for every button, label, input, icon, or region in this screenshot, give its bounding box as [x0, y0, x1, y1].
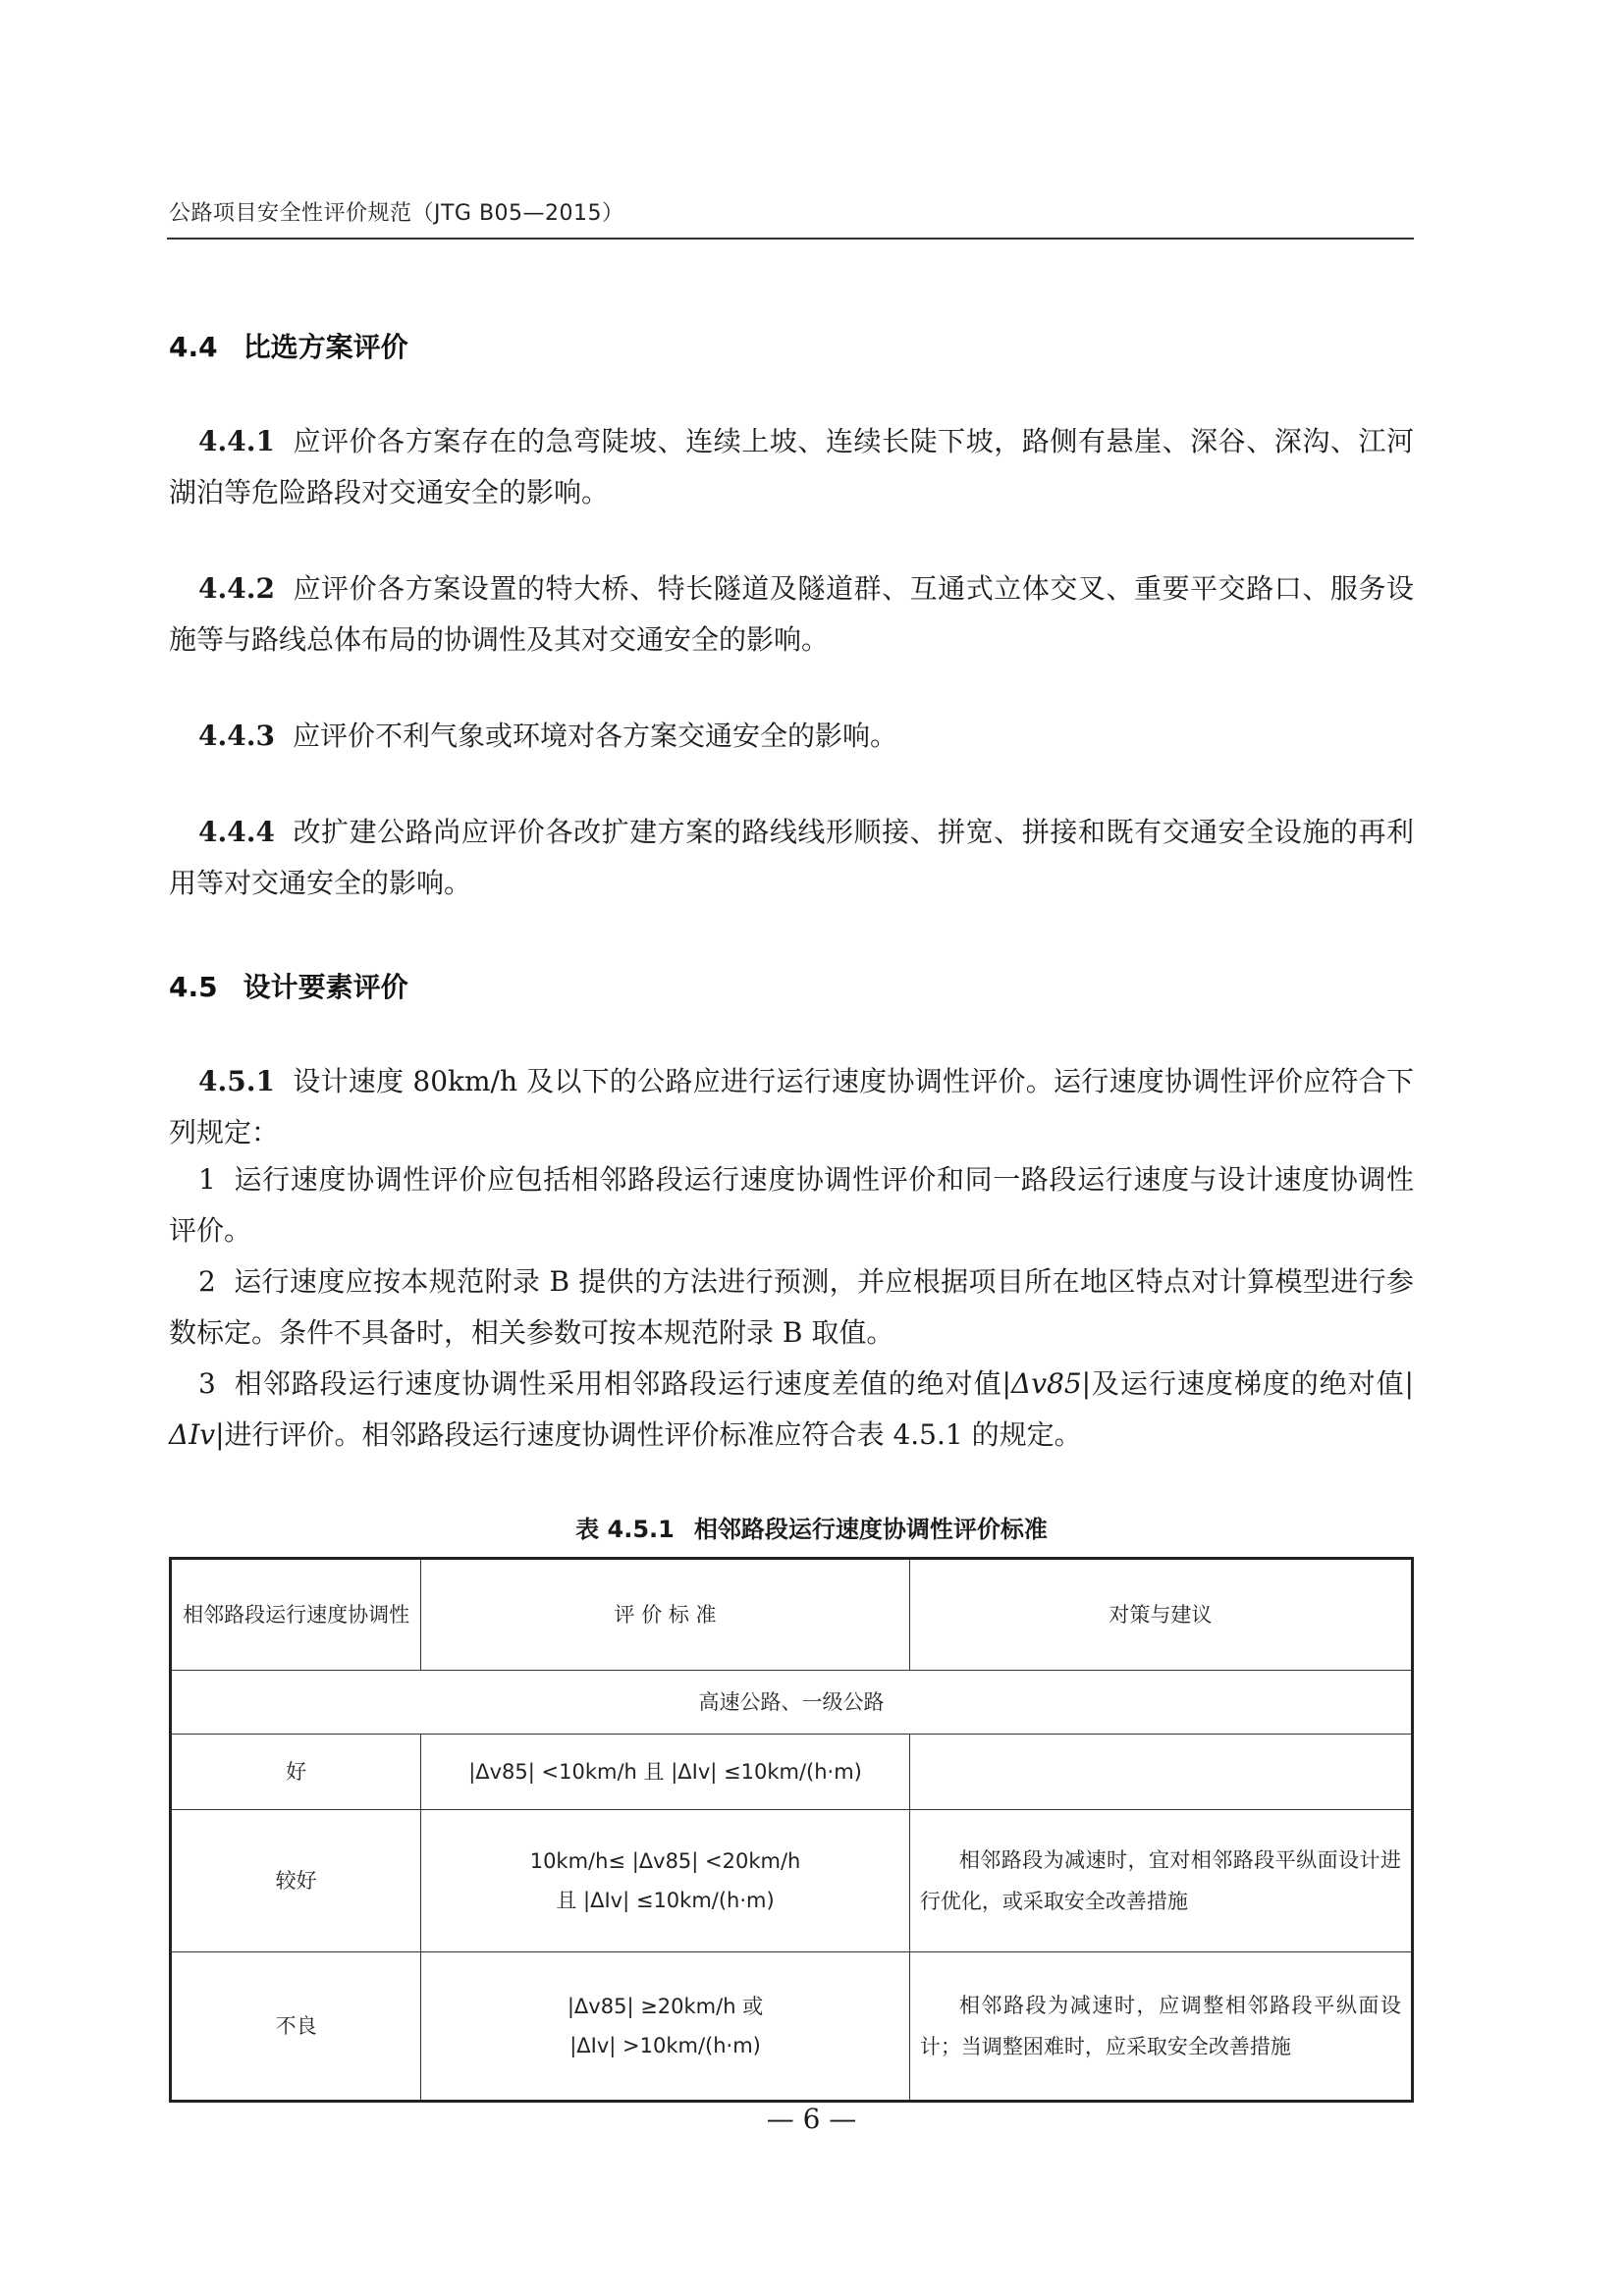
clause-4-4-4: 4.4.4改扩建公路尚应评价各改扩建方案的路线线形顺接、拼宽、拼接和既有交通安全… — [169, 807, 1414, 909]
item-text: 运行速度应按本规范附录 B 提供的方法进行预测，并应根据项目所在地区特点对计算模… — [169, 1265, 1414, 1349]
header-divider — [167, 238, 1414, 240]
item-text-b: 及运行速度梯度的绝对值 — [1091, 1367, 1404, 1400]
clause-4-5-1: 4.5.1设计速度 80km/h 及以下的公路应进行运行速度协调性评价。运行速度… — [169, 1056, 1414, 1158]
criteria-cell: |Δv85| <10km/h 且 |ΔIv| ≤10km/(h·m) — [421, 1735, 910, 1810]
clause-text: 改扩建公路尚应评价各改扩建方案的路线线形顺接、拼宽、拼接和既有交通安全设施的再利… — [169, 816, 1414, 899]
advice-text: 相邻路段为减速时，宜对相邻路段平纵面设计进行优化，或采取安全改善措施 — [920, 1840, 1401, 1922]
advice-text: 相邻路段为减速时，应调整相邻路段平纵面设计；当调整困难时，应采取安全改善措施 — [920, 1985, 1401, 2067]
clause-text: 应评价各方案设置的特大桥、特长隧道及隧道群、互通式立体交叉、重要平交路口、服务设… — [169, 572, 1414, 656]
clause-4-5-1-item-3: 3相邻路段运行速度协调性采用相邻路段运行速度差值的绝对值|Δv85|及运行速度梯… — [169, 1359, 1414, 1461]
clause-4-4-1: 4.4.1应评价各方案存在的急弯陡坡、连续上坡、连续长陡下坡，路侧有悬崖、深谷、… — [169, 416, 1414, 518]
clause-number: 4.4.1 — [198, 425, 275, 457]
document-page: 公路项目安全性评价规范（JTG B05—2015） 4.4比选方案评价 4.4.… — [0, 0, 1623, 2296]
clause-number: 4.4.4 — [198, 816, 275, 848]
item-number: 2 — [198, 1265, 216, 1298]
advice-cell: 相邻路段为减速时，应调整相邻路段平纵面设计；当调整困难时，应采取安全改善措施 — [909, 1952, 1412, 2102]
section-number: 4.4 — [169, 331, 218, 363]
table-title: 相邻路段运行速度协调性评价标准 — [694, 1516, 1048, 1543]
table-row: 好 |Δv85| <10km/h 且 |ΔIv| ≤10km/(h·m) — [171, 1735, 1413, 1810]
table-number: 表 4.5.1 — [575, 1516, 675, 1543]
criteria-cell: |Δv85| ≥20km/h 或 |ΔIv| >10km/(h·m) — [421, 1952, 910, 2102]
group-label: 高速公路、一级公路 — [171, 1671, 1413, 1735]
table-header-row: 相邻路段运行速度协调性 评 价 标 准 对策与建议 — [171, 1559, 1413, 1671]
header-criteria: 评 价 标 准 — [421, 1559, 910, 1671]
section-number: 4.5 — [169, 971, 218, 1003]
table-row: 较好 10km/h≤ |Δv85| <20km/h 且 |ΔIv| ≤10km/… — [171, 1810, 1413, 1952]
item-text-c: 进行评价。相邻路段运行速度协调性评价标准应符合表 4.5.1 的规定。 — [225, 1418, 1082, 1451]
header-advice: 对策与建议 — [909, 1559, 1412, 1671]
item-text-a: 相邻路段运行速度协调性采用相邻路段运行速度差值的绝对值 — [234, 1367, 1002, 1400]
criteria-line-1: |Δv85| <10km/h 且 |ΔIv| ≤10km/(h·m) — [431, 1752, 899, 1791]
clause-4-5-1-item-2: 2运行速度应按本规范附录 B 提供的方法进行预测，并应根据项目所在地区特点对计算… — [169, 1256, 1414, 1359]
criteria-cell: 10km/h≤ |Δv85| <20km/h 且 |ΔIv| ≤10km/(h·… — [421, 1810, 910, 1952]
item-number: 1 — [198, 1163, 216, 1196]
page-number: — 6 — — [0, 2103, 1623, 2135]
criteria-line-1: |Δv85| ≥20km/h 或 — [431, 1987, 899, 2026]
criteria-line-1: 10km/h≤ |Δv85| <20km/h — [431, 1842, 899, 1881]
clause-4-4-2: 4.4.2应评价各方案设置的特大桥、特长隧道及隧道群、互通式立体交叉、重要平交路… — [169, 563, 1414, 666]
clause-4-4-3: 4.4.3应评价不利气象或环境对各方案交通安全的影响。 — [169, 711, 1414, 762]
running-header: 公路项目安全性评价规范（JTG B05—2015） — [169, 196, 624, 227]
criteria-line-2: 且 |ΔIv| ≤10km/(h·m) — [431, 1881, 899, 1920]
section-title: 比选方案评价 — [243, 331, 408, 363]
section-title: 设计要素评价 — [243, 971, 408, 1003]
speed-coordination-table: 相邻路段运行速度协调性 评 价 标 准 对策与建议 高速公路、一级公路 好 |Δ… — [169, 1557, 1414, 2103]
table-caption: 表 4.5.1相邻路段运行速度协调性评价标准 — [0, 1510, 1623, 1544]
table-row: 不良 |Δv85| ≥20km/h 或 |ΔIv| >10km/(h·m) 相邻… — [171, 1952, 1413, 2102]
symbol-delta-v85: |Δv85| — [1002, 1367, 1092, 1400]
item-text: 运行速度协调性评价应包括相邻路段运行速度协调性评价和同一路段运行速度与设计速度协… — [169, 1163, 1414, 1247]
section-heading-4-4: 4.4比选方案评价 — [169, 326, 408, 365]
header-coordination: 相邻路段运行速度协调性 — [171, 1559, 421, 1671]
criteria-line-2: |ΔIv| >10km/(h·m) — [431, 2026, 899, 2065]
clause-text: 设计速度 80km/h 及以下的公路应进行运行速度协调性评价。运行速度协调性评价… — [169, 1065, 1414, 1148]
advice-cell: 相邻路段为减速时，宜对相邻路段平纵面设计进行优化，或采取安全改善措施 — [909, 1810, 1412, 1952]
clause-number: 4.5.1 — [198, 1065, 275, 1097]
clause-text: 应评价各方案存在的急弯陡坡、连续上坡、连续长陡下坡，路侧有悬崖、深谷、深沟、江河… — [169, 425, 1414, 508]
grade-cell: 好 — [171, 1735, 421, 1810]
clause-text: 应评价不利气象或环境对各方案交通安全的影响。 — [293, 720, 897, 752]
grade-cell: 不良 — [171, 1952, 421, 2102]
clause-number: 4.4.2 — [198, 572, 275, 605]
clause-number: 4.4.3 — [198, 720, 275, 752]
item-number: 3 — [198, 1367, 216, 1400]
grade-cell: 较好 — [171, 1810, 421, 1952]
clause-4-5-1-item-1: 1运行速度协调性评价应包括相邻路段运行速度协调性评价和同一路段运行速度与设计速度… — [169, 1154, 1414, 1256]
advice-cell — [909, 1735, 1412, 1810]
table-group-row: 高速公路、一级公路 — [171, 1671, 1413, 1735]
section-heading-4-5: 4.5设计要素评价 — [169, 966, 408, 1005]
